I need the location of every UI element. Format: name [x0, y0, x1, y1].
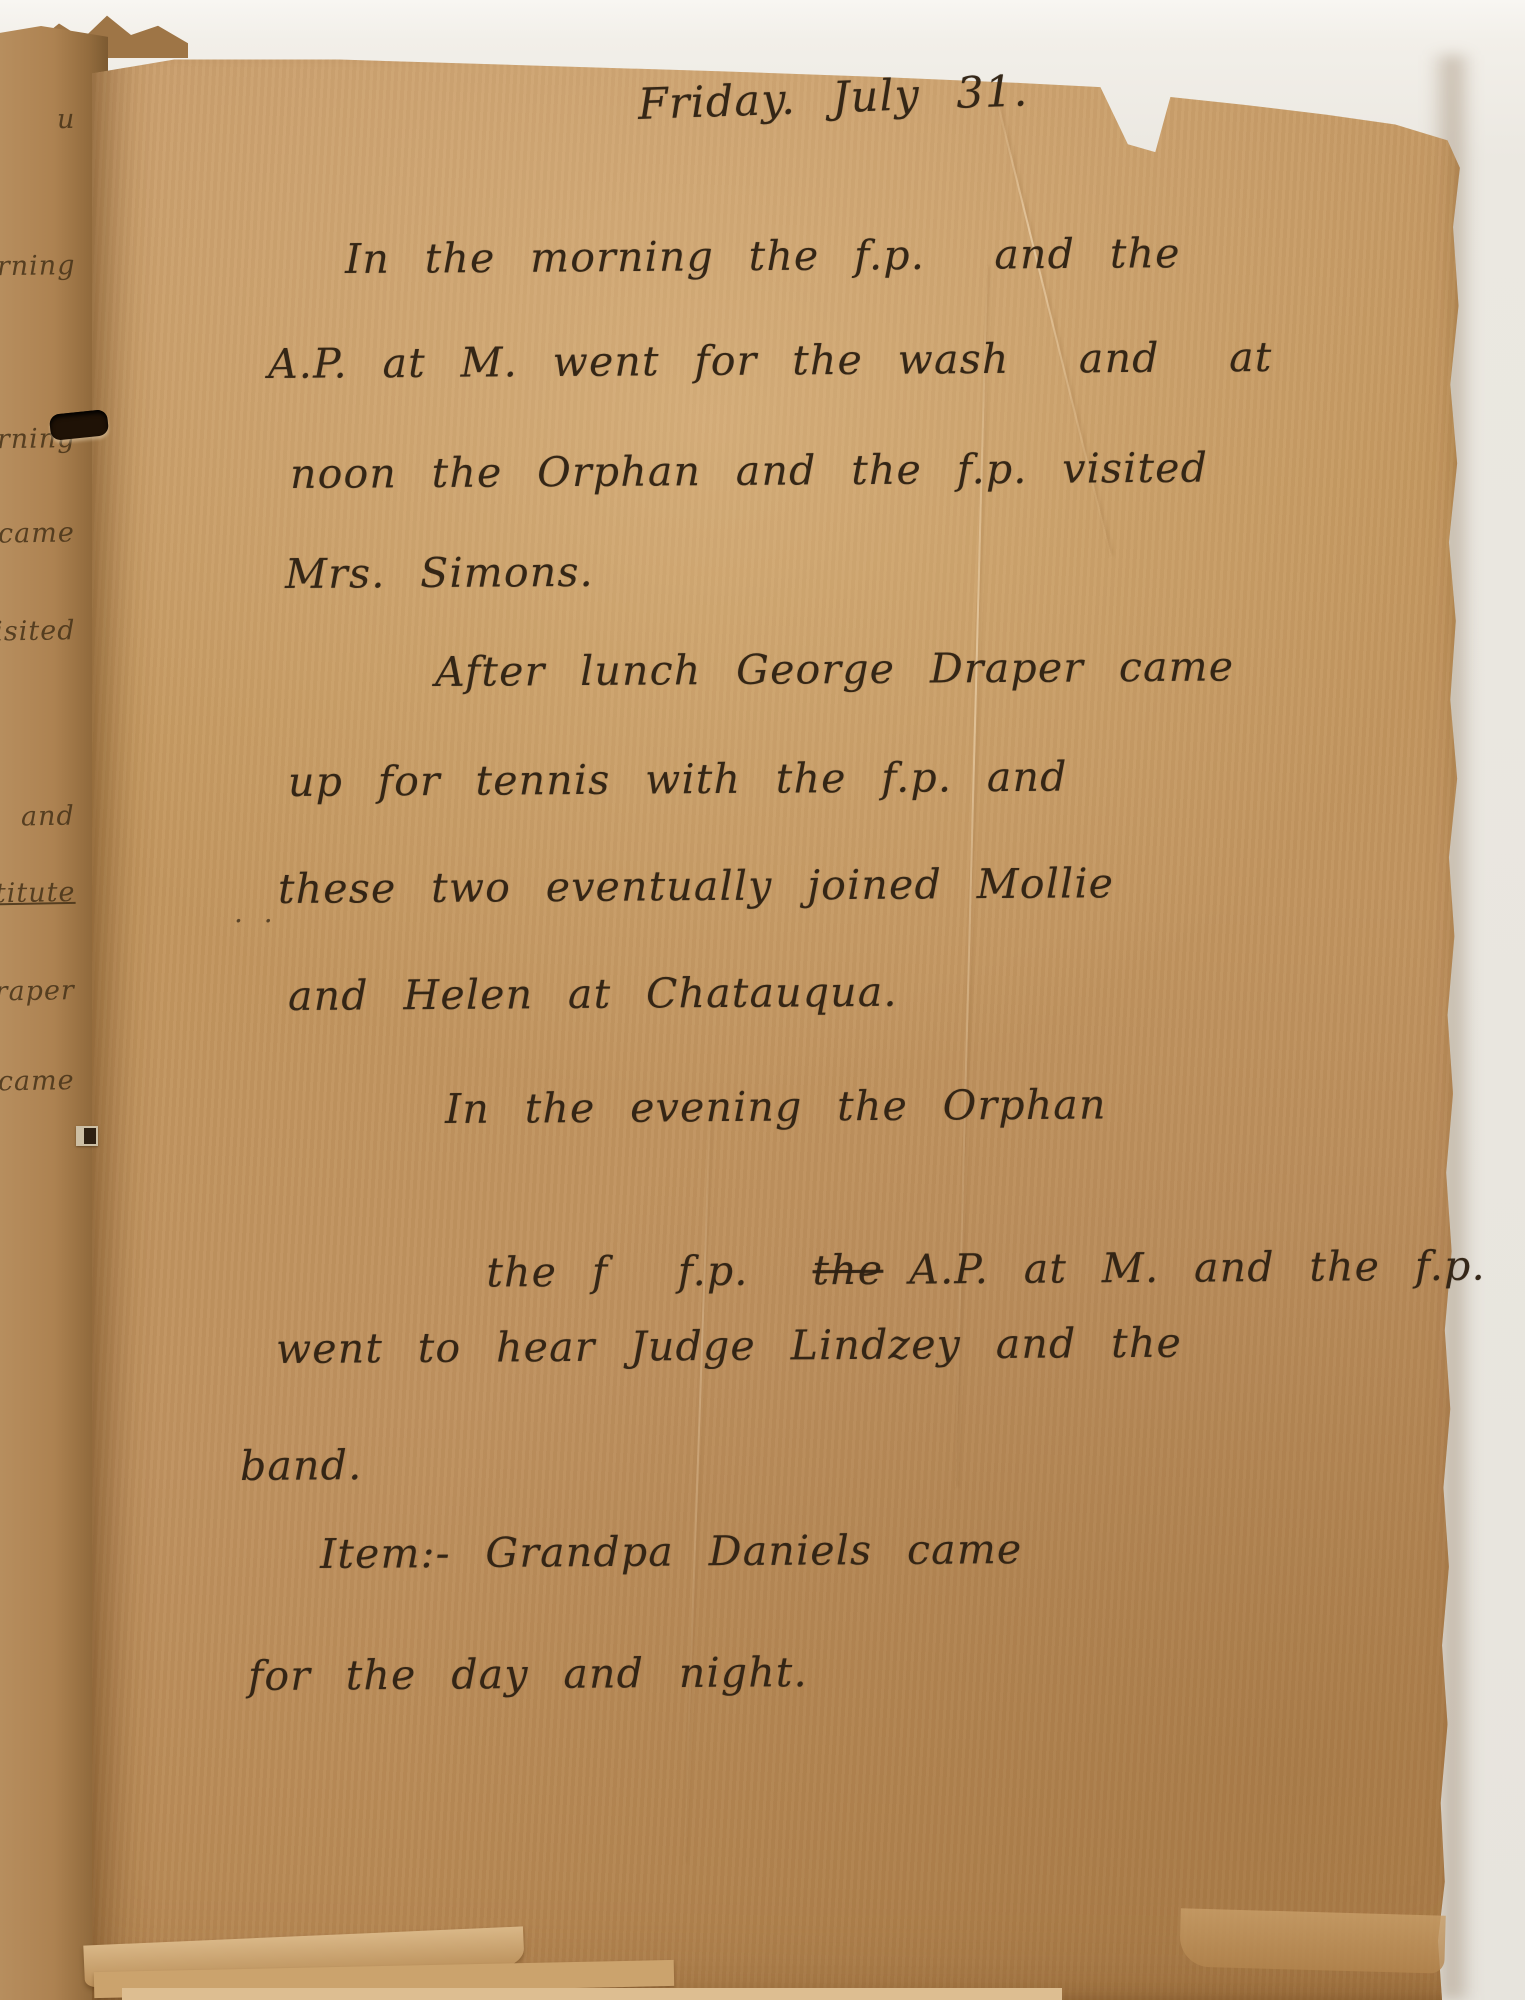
entry-line: went to hear Judge Lindzey and the — [276, 1319, 1182, 1373]
entry-line: and Helen at Chatauqua. — [288, 968, 898, 1020]
entry-line: Mrs. Simons. — [285, 548, 594, 598]
entry-line: for the day and night. — [248, 1648, 808, 1700]
entry-line-segment: A.P. at M. and the f.p. — [909, 1242, 1486, 1294]
entry-line-segment: the f f.p. — [486, 1247, 748, 1297]
entry-date-heading: Friday. July 31. — [637, 66, 1029, 130]
crossed-out-word: the — [812, 1246, 883, 1294]
entry-line: these two eventually joined Mollie — [278, 859, 1114, 913]
entry-line: After lunch George Draper came — [435, 642, 1235, 696]
entry-line: In the evening the Orphan — [445, 1080, 1107, 1133]
entry-line: noon the Orphan and the f.p. visited — [290, 444, 1208, 498]
entry-line: Item:- Grandpa Daniels came — [320, 1525, 1023, 1578]
stray-ink-dots: . . — [234, 896, 279, 929]
diary-photo: u morning morning came visited and Insti… — [0, 0, 1525, 2000]
entry-line: up for tennis with the f.p. and — [288, 753, 1068, 806]
entry-line: band. — [240, 1441, 363, 1490]
page-stack-edge — [1179, 1908, 1446, 1973]
page-stack-edge — [122, 1988, 1062, 2000]
binding-mark — [76, 1126, 98, 1146]
handwritten-entry: Friday. July 31. In the morning the f.p.… — [0, 0, 1525, 2000]
entry-line: In the morning the f.p. and the — [345, 229, 1181, 283]
entry-line: A.P. at M. went for the wash and at — [268, 333, 1273, 388]
binding-mark-inner — [84, 1128, 96, 1144]
